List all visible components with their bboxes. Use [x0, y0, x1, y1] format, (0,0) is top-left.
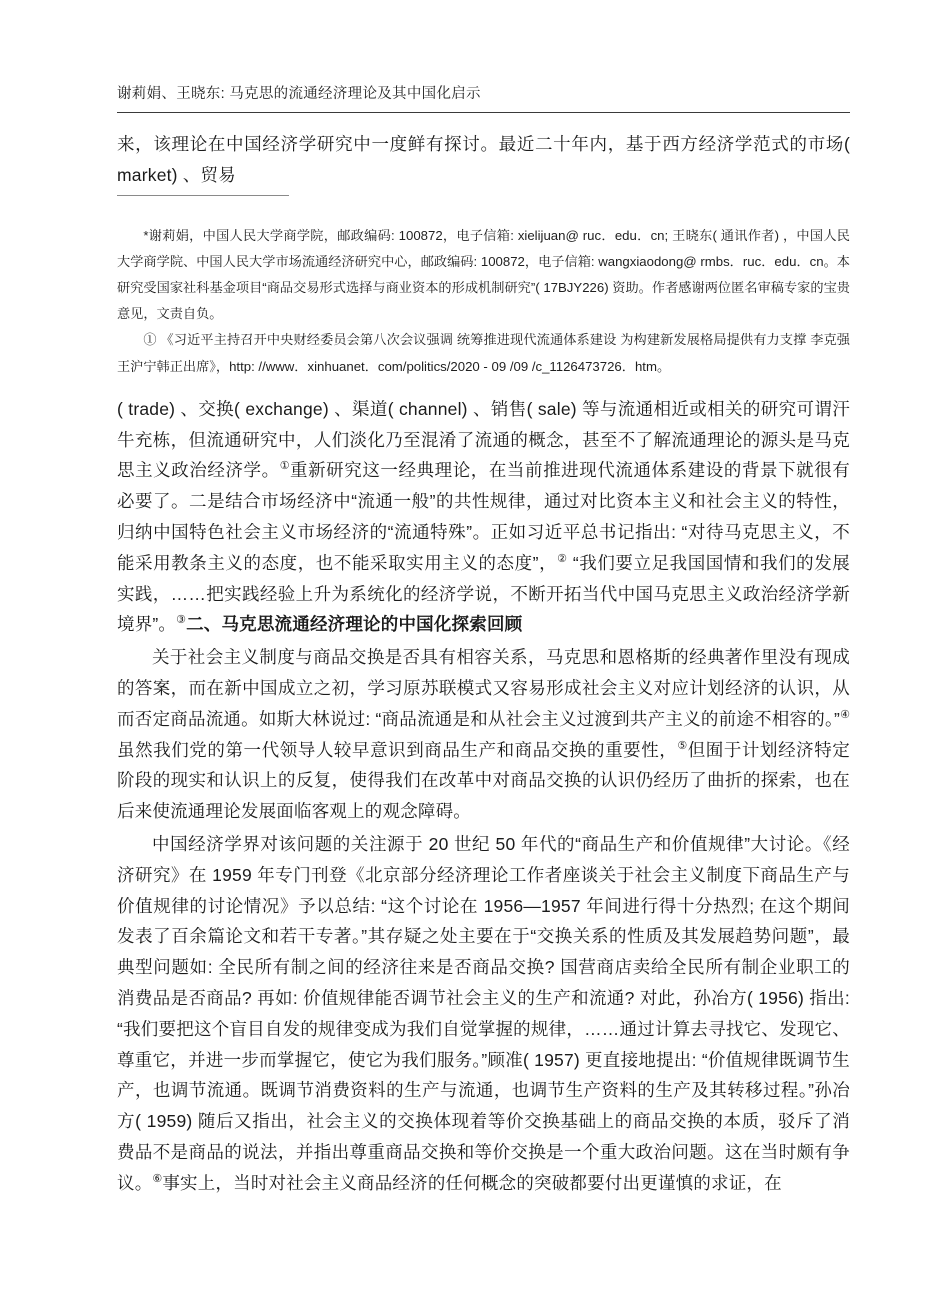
- document-page: 谢莉娟、王晓东: 马克思的流通经济理论及其中国化启示 来，该理论在中国经济学研究…: [0, 0, 950, 1290]
- text-run: 中国经济学界对该问题的关注源于 20 世纪 50 年代的“商品生产和价值规律”大…: [117, 834, 850, 1193]
- footnote-ref-marker: ⑥: [152, 1173, 162, 1185]
- footnote-ref-marker: ④: [840, 709, 850, 721]
- footnote-ref-marker: ②: [557, 553, 567, 565]
- running-header-title: 谢莉娟、王晓东: 马克思的流通经济理论及其中国化启示: [117, 86, 850, 103]
- footnote-block: *谢莉娟，中国人民大学商学院，邮政编码: 100872，电子信箱: xielij…: [117, 223, 850, 380]
- body-paragraph-2: 关于社会主义制度与商品交换是否具有相容关系，马克思和恩格斯的经典著作里没有现成的…: [117, 642, 850, 827]
- text-run: 来，该理论在中国经济学研究中一度鲜有探讨。最近二十年内，基于西方经济学范式的市场…: [117, 134, 850, 185]
- text-run: 关于社会主义制度与商品交换是否具有相容关系，马克思和恩格斯的经典著作里没有现成的…: [117, 647, 850, 729]
- text-run: 事实上，当时对社会主义商品经济的任何概念的突破都要付出更谨慎的求证，在: [162, 1173, 782, 1193]
- header-rule: [117, 112, 850, 113]
- footnote-ref-marker: ③: [176, 615, 186, 627]
- section-heading: 二、马克思流通经济理论的中国化探索回顾: [186, 614, 522, 634]
- footnote-author-note: *谢莉娟，中国人民大学商学院，邮政编码: 100872，电子信箱: xielij…: [117, 223, 850, 328]
- body-paragraph-1: ( trade) 、交换( exchange) 、渠道( channel) 、销…: [117, 394, 850, 640]
- footnote-separator: [117, 195, 289, 196]
- body-paragraph-3: 中国经济学界对该问题的关注源于 20 世纪 50 年代的“商品生产和价值规律”大…: [117, 829, 850, 1199]
- footnote-ref-marker: ⑤: [677, 740, 687, 752]
- lead-paragraph: 来，该理论在中国经济学研究中一度鲜有探讨。最近二十年内，基于西方经济学范式的市场…: [117, 129, 850, 191]
- footnote-citation-1: ① 《习近平主持召开中央财经委员会第八次会议强调 统筹推进现代流通体系建设 为构…: [117, 327, 850, 379]
- text-run: 虽然我们党的第一代领导人较早意识到商品生产和商品交换的重要性，: [117, 740, 677, 760]
- footnote-ref-marker: ①: [280, 461, 290, 473]
